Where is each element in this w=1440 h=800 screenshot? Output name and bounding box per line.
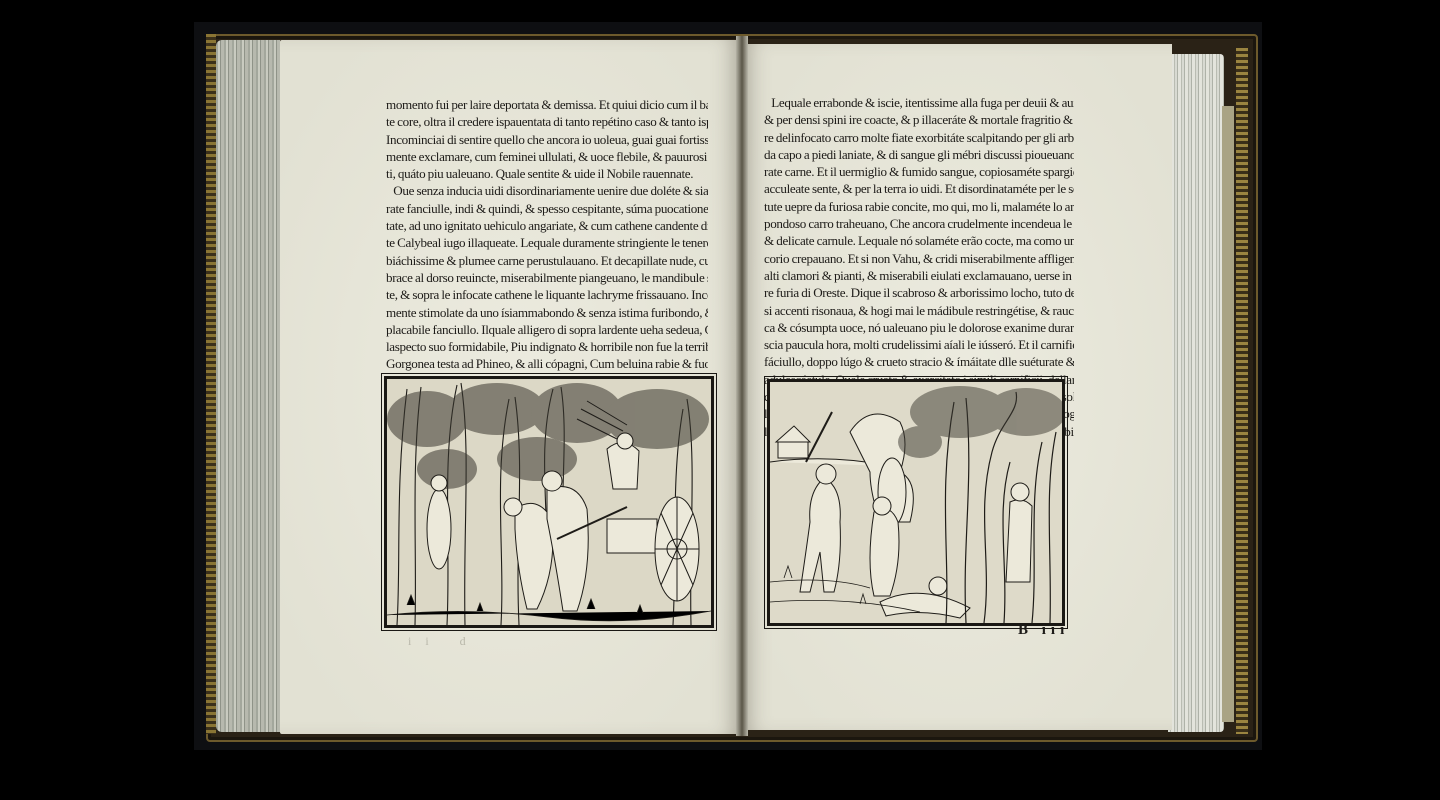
- text-line: Gorgonea testa ad Phineo, & alli cópagni…: [386, 355, 708, 372]
- signature-mark: B iii: [1018, 622, 1069, 639]
- text-line: ti, quáto piu ualeuano. Quale sentite & …: [386, 165, 708, 182]
- text-line: & per densi spini ire coacte, & p illace…: [764, 111, 1074, 128]
- text-line: te, & sopra le infocate cathene le liqua…: [386, 286, 708, 303]
- text-line: tate, ad uno ignitato uehiculo angariate…: [386, 217, 708, 234]
- text-line: re delinfocato carro molte fiate exorbit…: [764, 129, 1074, 146]
- text-line: brace al dorso reuincte, miserabilmente …: [386, 269, 708, 286]
- text-line: acculeate sente, & per la terra io uidi.…: [764, 180, 1074, 197]
- text-line: te Calybeal iugo illaqueate. Lequale dur…: [386, 234, 708, 251]
- book-gutter: [736, 36, 748, 736]
- pastedown-right: [1222, 106, 1234, 722]
- text-line: rate carne. Et il uermiglio & fumido san…: [764, 163, 1074, 180]
- woodcut-chariot-forest-image: [387, 379, 711, 625]
- text-line: momento fui per laire deportata & demiss…: [386, 96, 708, 113]
- text-line: biáchissime & plumee carne perustulauano…: [386, 252, 708, 269]
- gilt-tooling-left: [206, 34, 216, 734]
- page-edges-right: [1168, 54, 1224, 732]
- woodcut-illustration-left: [384, 376, 714, 628]
- text-line: & delicate carnule. Lequale nó solaméte …: [764, 232, 1074, 249]
- text-line: corio crepauano. Et si non Vahu, & cridi…: [764, 250, 1074, 267]
- text-line: rate fanciulle, indi & quindi, & spesso …: [386, 200, 708, 217]
- text-line: fáciullo, doppo lúgo & crueto stracio & …: [764, 353, 1074, 370]
- woodcut-cupid-slain-maiden-image: [770, 382, 1062, 623]
- text-line: Incominciai di sentire quello che ancora…: [386, 131, 708, 148]
- text-line: mente stimolate da uno ísiammabondo & se…: [386, 304, 708, 321]
- text-line: si accenti risonaua, & hogi mai le mádib…: [764, 302, 1074, 319]
- text-line: te core, oltra il credere ispauentata di…: [386, 113, 708, 130]
- text-line: da capo a piedi laniate, & di sangue gli…: [764, 146, 1074, 163]
- text-line: alti clamori & pianti, & miserabili eiul…: [764, 267, 1074, 284]
- text-line: tute uepre da furiosa rabie concite, mo …: [764, 198, 1074, 215]
- page-edges-left: [216, 40, 280, 732]
- text-line: scia paucula hora, molti crudelissimi aí…: [764, 336, 1074, 353]
- woodcut-illustration-right: [767, 379, 1065, 626]
- gilt-tooling-right: [1236, 48, 1248, 734]
- text-line: pondoso carro traheuano, Che ancora crud…: [764, 215, 1074, 232]
- text-line: ca & cósumpta uoce, nó ualeuano piu le d…: [764, 319, 1074, 336]
- text-line: laspecto suo formidabile, Piu indignato …: [386, 338, 708, 355]
- text-line: Oue senza inducia uidi disordinariamente…: [386, 182, 708, 199]
- text-line: placabile fanciullo. Ilquale alligero di…: [386, 321, 708, 338]
- text-line: mente exclamare, cum feminei ullulati, &…: [386, 148, 708, 165]
- showthrough-text: ii d: [408, 634, 480, 649]
- text-line: re furia di Oreste. Dique il scabroso & …: [764, 284, 1074, 301]
- text-line: Lequale errabonde & iscie, itentissime a…: [764, 94, 1074, 111]
